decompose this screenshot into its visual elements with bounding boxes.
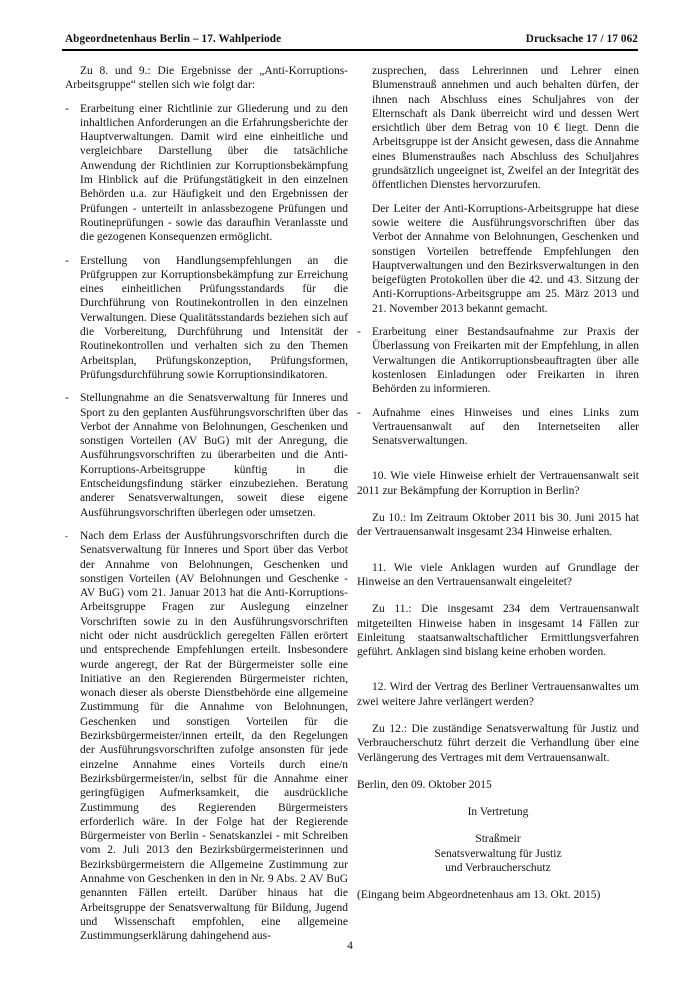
dateline: Berlin, den 09. Oktober 2015 (357, 778, 639, 792)
left-column: Zu 8. und 9.: Die Ergebnisse der „Anti-K… (65, 64, 348, 944)
header-left-title: Abgeordnetenhaus Berlin – 17. Wahlperiod… (65, 33, 281, 45)
receipt-note: (Eingang beim Abgeordnetenhaus am 13. Ok… (357, 888, 639, 902)
bullet-stellungnahme-text: Stellungnahme an die Senatsverwaltung fü… (80, 391, 348, 520)
question-11: 11. Wie viele Anklagen wurden auf Grundl… (357, 561, 639, 590)
right-column: zusprechen, dass Lehrerinnen und Lehrer … (357, 64, 639, 944)
answer-12: Zu 12.: Die zuständige Senatsverwaltung … (357, 722, 639, 765)
bullet-bestandsaufnahme-text: Erarbeitung einer Bestandsaufnahme zur P… (372, 325, 639, 396)
bullet-erlass-text: Nach dem Erlass der Ausführungsvorschrif… (80, 529, 348, 944)
bullet-dash: - (357, 406, 372, 449)
intro-paragraph: Zu 8. und 9.: Die Ergebnisse der „Anti-K… (65, 64, 348, 93)
bullet-dash: - (65, 254, 80, 383)
continuation-paragraph: zusprechen, dass Lehrerinnen und Lehrer … (357, 64, 639, 193)
signature-in-vertretung: In Vertretung (357, 805, 639, 819)
bullet-dash: - (65, 391, 80, 520)
bullet-richtlinie: -Erarbeitung einer Richtlinie zur Gliede… (65, 102, 348, 245)
bullet-bestandsaufnahme: -Erarbeitung einer Bestandsaufnahme zur … (357, 325, 639, 396)
bullet-dash: - (357, 325, 372, 396)
bullet-vertrauensanwalt-link: -Aufnahme eines Hinweises und eines Link… (357, 406, 639, 449)
document-page: Abgeordnetenhaus Berlin – 17. Wahlperiod… (0, 0, 700, 990)
bullet-erlass: -Nach dem Erlass der Ausführungsvorschri… (65, 529, 348, 944)
bullet-stellungnahme: -Stellungnahme an die Senatsverwaltung f… (65, 391, 348, 520)
question-12: 12. Wird der Vertrag des Berliner Vertra… (357, 680, 639, 709)
answer-11: Zu 11.: Die insgesamt 234 dem Vertrauens… (357, 602, 639, 659)
leiter-paragraph: Der Leiter der Anti-Korruptions-Arbeitsg… (357, 202, 639, 316)
document-body: Zu 8. und 9.: Die Ergebnisse der „Anti-K… (0, 51, 700, 944)
answer-10: Zu 10.: Im Zeitraum Oktober 2011 bis 30.… (357, 511, 639, 540)
bullet-dash: - (65, 102, 80, 245)
signature-office-line1: Senatsverwaltung für Justiz (357, 847, 639, 861)
bullet-richtlinie-text: Erarbeitung einer Richtlinie zur Glieder… (80, 102, 348, 245)
header-right-docnumber: Drucksache 17 / 17 062 (526, 33, 638, 45)
bullet-handlungsempfehlungen-text: Erstellung von Handlungsempfehlungen an … (80, 254, 348, 383)
signature-office-line2: und Verbraucherschutz (357, 861, 639, 875)
bullet-handlungsempfehlungen: -Erstellung von Handlungsempfehlungen an… (65, 254, 348, 383)
bullet-vertrauensanwalt-link-text: Aufnahme eines Hinweises und eines Links… (372, 406, 639, 449)
signature-name: Straßmeir (357, 832, 639, 846)
bullet-dash: - (65, 529, 80, 944)
page-number: 4 (0, 940, 700, 952)
page-header: Abgeordnetenhaus Berlin – 17. Wahlperiod… (0, 0, 700, 45)
question-10: 10. Wie viele Hinweise erhielt der Vertr… (357, 469, 639, 498)
